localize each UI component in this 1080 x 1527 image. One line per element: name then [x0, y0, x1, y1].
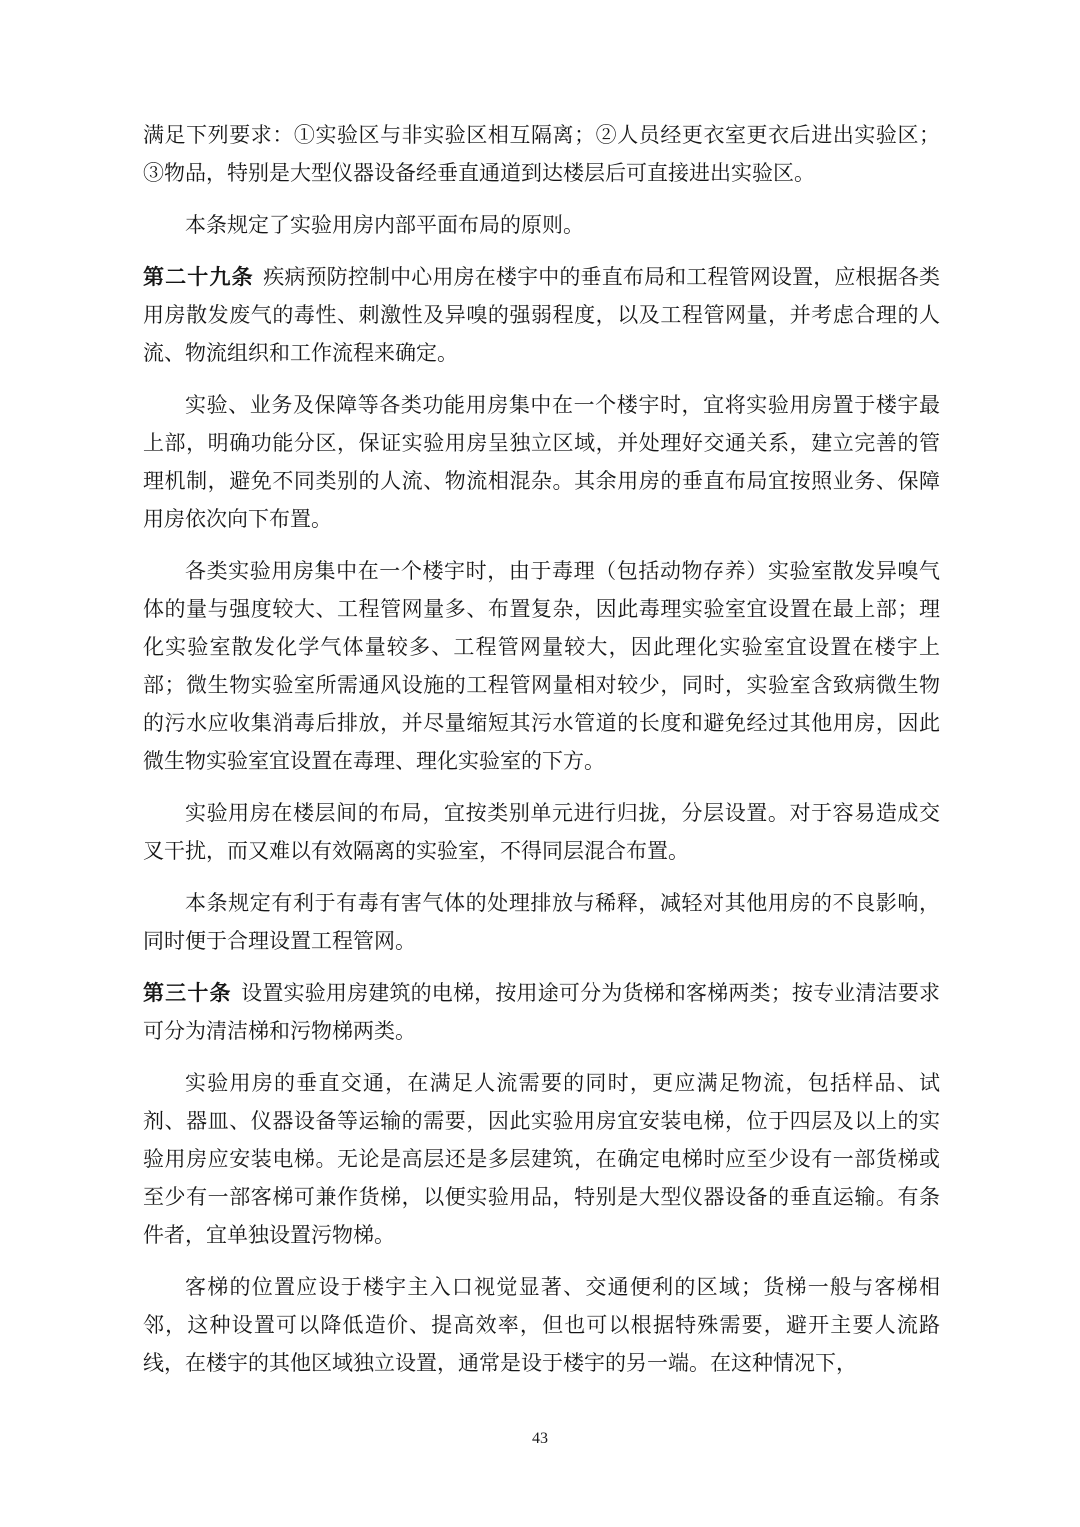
paragraph-article-29: 第二十九条疾病预防控制中心用房在楼宇中的垂直布局和工程管网设置，应根据各类用房散…	[143, 258, 940, 372]
paragraph: 实验用房在楼层间的布局，宜按类别单元进行归拢，分层设置。对于容易造成交叉干扰，而…	[143, 794, 940, 870]
article-body-text: 疾病预防控制中心用房在楼宇中的垂直布局和工程管网设置，应根据各类用房散发废气的毒…	[143, 265, 940, 365]
article-number-label: 第二十九条	[143, 265, 254, 289]
document-page: 满足下列要求：①实验区与非实验区相互隔离；②人员经更衣室更衣后进出实验区；③物品…	[0, 0, 1080, 1527]
article-body-text: 设置实验用房建筑的电梯，按用途可分为货梯和客梯两类；按专业清洁要求可分为清洁梯和…	[143, 981, 940, 1043]
paragraph: 客梯的位置应设于楼宇主入口视觉显著、交通便利的区域；货梯一般与客梯相邻，这种设置…	[143, 1268, 940, 1382]
paragraph: 实验用房的垂直交通，在满足人流需要的同时，更应满足物流，包括样品、试剂、器皿、仪…	[143, 1064, 940, 1254]
article-number-label: 第三十条	[143, 981, 232, 1005]
paragraph: 各类实验用房集中在一个楼宇时，由于毒理（包括动物存养）实验室散发异嗅气体的量与强…	[143, 552, 940, 780]
paragraph: 本条规定了实验用房内部平面布局的原则。	[143, 206, 940, 244]
paragraph-article-30: 第三十条设置实验用房建筑的电梯，按用途可分为货梯和客梯两类；按专业清洁要求可分为…	[143, 974, 940, 1050]
paragraph: 本条规定有利于有毒有害气体的处理排放与稀释，减轻对其他用房的不良影响，同时便于合…	[143, 884, 940, 960]
paragraph: 实验、业务及保障等各类功能用房集中在一个楼宇时，宜将实验用房置于楼宇最上部，明确…	[143, 386, 940, 538]
paragraph-continuation: 满足下列要求：①实验区与非实验区相互隔离；②人员经更衣室更衣后进出实验区；③物品…	[143, 116, 940, 192]
page-number: 43	[0, 1431, 1080, 1447]
